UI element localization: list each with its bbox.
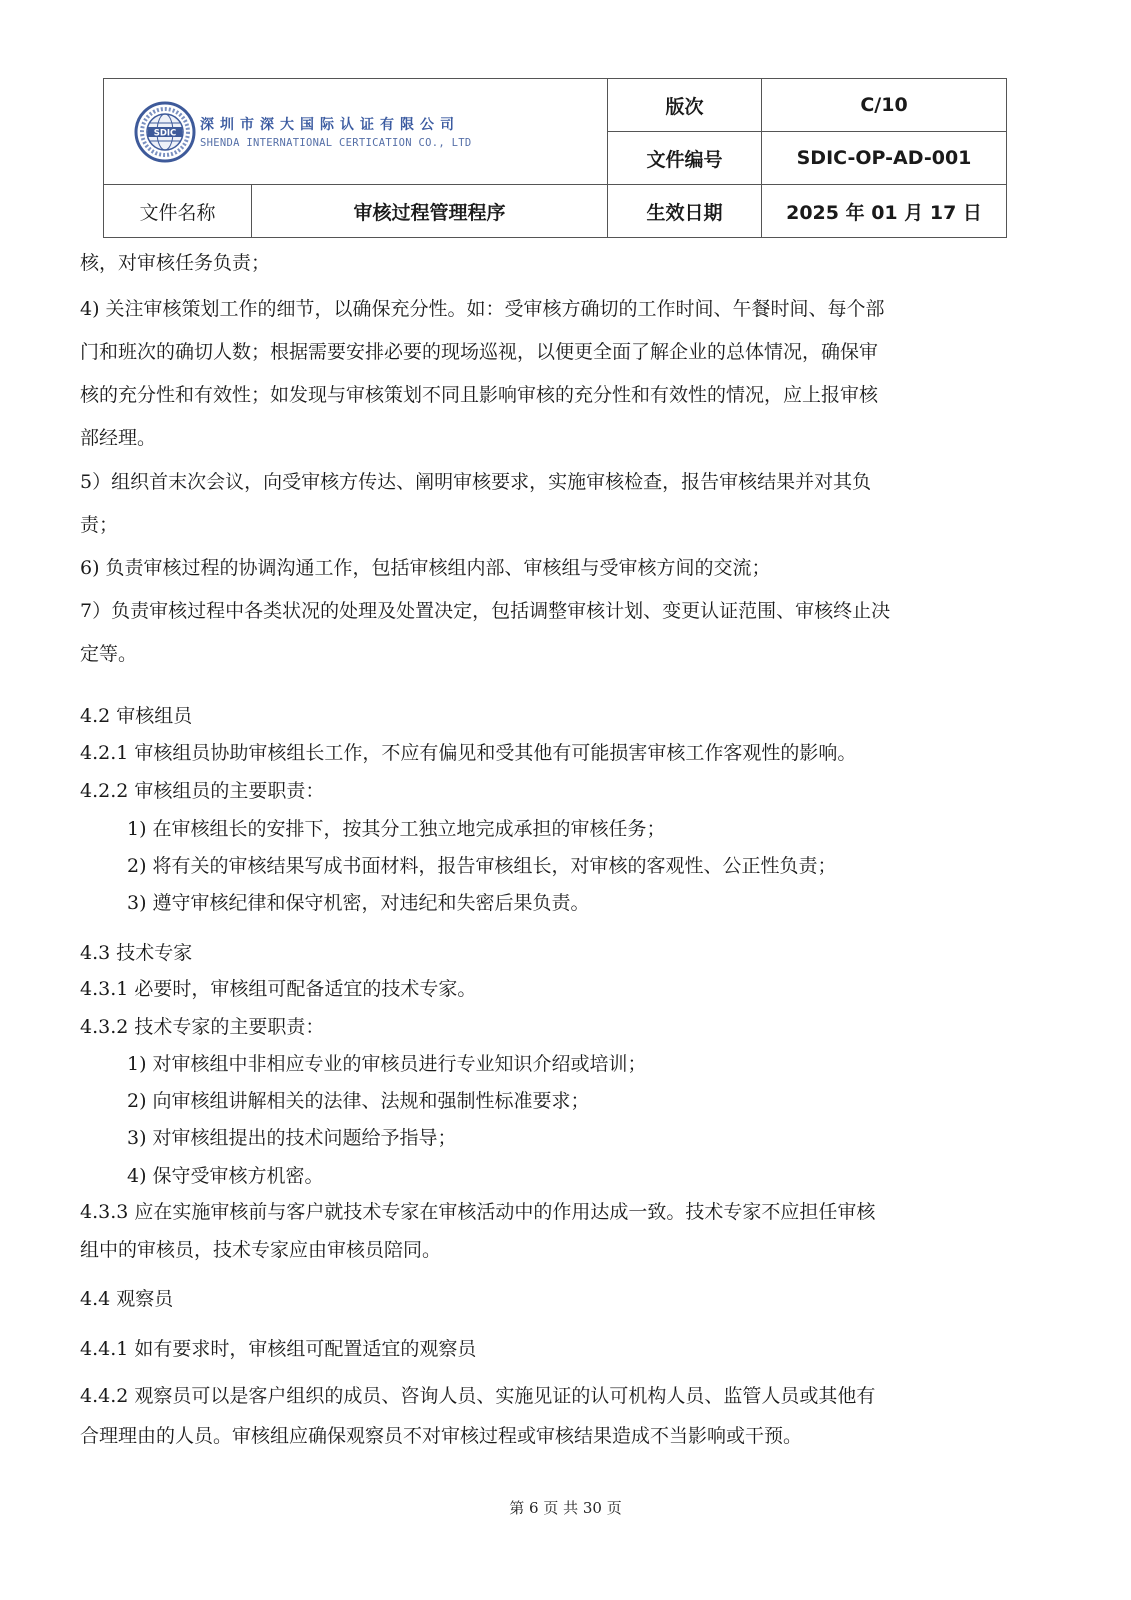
- text-line: 4.4.2 观察员可以是客户组织的成员、咨询人员、实施见证的认可机构人员、监管人…: [80, 1385, 875, 1407]
- text-line: 4.2.2 审核组员的主要职责：: [80, 780, 324, 802]
- text-line: 4.2 审核组员: [80, 705, 192, 727]
- text-line: 门和班次的确切人数；根据需要安排必要的现场巡视，以便更全面了解企业的总体情况，确…: [80, 341, 878, 363]
- effective-date-value: 2025 年 01 月 17 日: [762, 185, 1007, 238]
- text-line: 5）组织首末次会议，向受审核方传达、阐明审核要求，实施审核检查，报告审核结果并对…: [80, 471, 871, 493]
- text-line: 责；: [80, 514, 118, 536]
- text-line: 4.3.1 必要时，审核组可配备适宜的技术专家。: [80, 978, 476, 1000]
- doc-number-label: 文件编号: [608, 132, 762, 185]
- text-line: 3) 遵守审核纪律和保守机密，对违纪和失密后果负责。: [127, 892, 590, 914]
- document-header-table: SDIC 深圳市深大国际认证有限公司 SHENDA INTERNATIONAL …: [103, 78, 1007, 238]
- text-line: 4) 关注审核策划工作的细节，以确保充分性。如：受审核方确切的工作时间、午餐时间…: [80, 298, 885, 320]
- text-line: 定等。: [80, 643, 137, 665]
- effective-date-label: 生效日期: [608, 185, 762, 238]
- text-line: 4.3 技术专家: [80, 942, 192, 964]
- doc-number-value: SDIC-OP-AD-001: [762, 132, 1007, 185]
- text-line: 4.4.1 如有要求时，审核组可配置适宜的观察员: [80, 1338, 476, 1360]
- text-line: 组中的审核员，技术专家应由审核员陪同。: [80, 1239, 441, 1261]
- text-line: 核的充分性和有效性；如发现与审核策划不同且影响审核的充分性和有效性的情况，应上报…: [80, 384, 878, 406]
- text-line: 3) 对审核组提出的技术问题给予指导；: [127, 1127, 457, 1149]
- text-line: 核，对审核任务负责；: [80, 252, 270, 274]
- page-number: 第 6 页 共 30 页: [0, 1497, 1131, 1518]
- doc-name-value: 审核过程管理程序: [252, 185, 608, 238]
- text-line: 4.3.3 应在实施审核前与客户就技术专家在审核活动中的作用达成一致。技术专家不…: [80, 1201, 875, 1223]
- text-line: 2) 将有关的审核结果写成书面材料，报告审核组长，对审核的客观性、公正性负责；: [127, 855, 837, 877]
- sdic-globe-logo-icon: SDIC: [134, 101, 196, 163]
- company-logo-cell: SDIC 深圳市深大国际认证有限公司 SHENDA INTERNATIONAL …: [104, 79, 608, 185]
- text-line: 6) 负责审核过程的协调沟通工作，包括审核组内部、审核组与受审核方间的交流；: [80, 557, 771, 579]
- text-line: 4.2.1 审核组员协助审核组长工作，不应有偏见和受其他有可能损害审核工作客观性…: [80, 742, 856, 764]
- text-line: 4.3.2 技术专家的主要职责：: [80, 1016, 324, 1038]
- svg-text:SDIC: SDIC: [154, 128, 177, 138]
- version-value: C/10: [762, 79, 1007, 132]
- text-line: 1) 在审核组长的安排下，按其分工独立地完成承担的审核任务；: [127, 818, 666, 840]
- text-line: 7）负责审核过程中各类状况的处理及处置决定，包括调整审核计划、变更认证范围、审核…: [80, 600, 890, 622]
- text-line: 4.4 观察员: [80, 1288, 173, 1310]
- version-label: 版次: [608, 79, 762, 132]
- company-name-en: SHENDA INTERNATIONAL CERTICATION CO., LT…: [200, 137, 471, 149]
- text-line: 4) 保守受审核方机密。: [127, 1165, 324, 1187]
- text-line: 部经理。: [80, 427, 156, 449]
- doc-name-label: 文件名称: [104, 185, 252, 238]
- text-line: 1) 对审核组中非相应专业的审核员进行专业知识介绍或培训；: [127, 1053, 647, 1075]
- text-line: 2) 向审核组讲解相关的法律、法规和强制性标准要求；: [127, 1090, 590, 1112]
- company-name-cn: 深圳市深大国际认证有限公司: [200, 114, 471, 134]
- text-line: 合理理由的人员。审核组应确保观察员不对审核过程或审核结果造成不当影响或干预。: [80, 1425, 802, 1447]
